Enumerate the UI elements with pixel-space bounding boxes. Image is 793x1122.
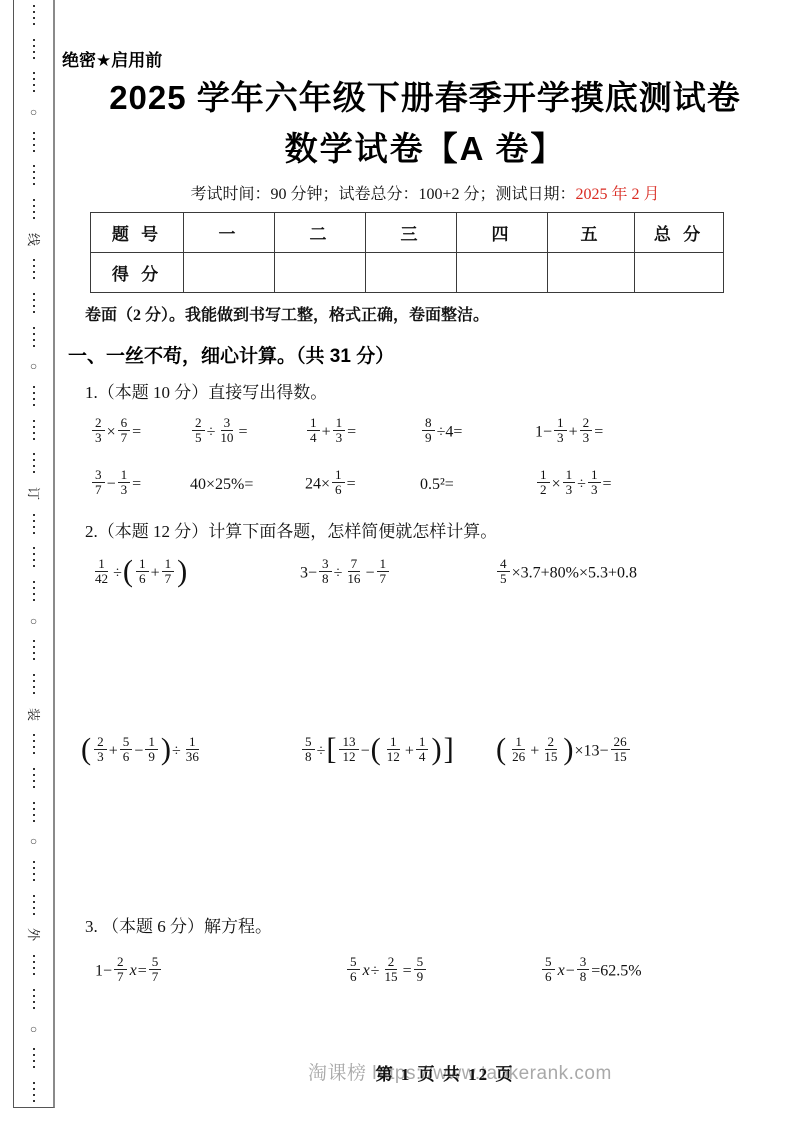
dotted-line-segment [33,895,35,915]
math-expression: 1−27x=57 [95,957,345,987]
paper-title-line1: 2025 学年六年级下册春季开学摸底测试卷 [57,77,793,120]
dotted-line-segment [33,514,35,534]
math-expression: (126+215)×13−2615 [495,737,793,767]
section1-heading: 一、一丝不苟，细心计算。（共 31 分） [68,341,793,368]
problem3-equation-row: 1−27x=57 56x÷215=59 56x−38=62.5% [57,949,793,995]
binding-circle-mark: ○ [30,615,37,627]
binding-line-character: 线 [27,233,40,246]
dotted-line-segment [33,861,35,881]
score-table-header-cell: 三 [366,212,457,252]
problem1-label: 1.（本题 10 分）直接写出得数。 [85,378,793,403]
problem1-expression-row2: 37−13= 40×25%= 24×16= 0.5²= 12×13÷13= [57,463,793,507]
dotted-line-segment [33,581,35,601]
binding-circle-mark: ○ [30,835,37,847]
score-table-header-cell: 总 分 [635,212,724,252]
math-expression: (23+56−19)÷136 [80,737,300,767]
score-blank-cell [457,252,548,292]
binding-line-character: 订 [27,487,40,500]
dotted-line-segment [33,39,35,59]
score-table-score-row: 得 分 [91,252,724,292]
dotted-line-segment [33,547,35,567]
binding-circle-mark: ○ [30,106,37,118]
dotted-line-segment [33,1048,35,1068]
score-table-header-cell: 题 号 [91,212,184,252]
math-expression: 12×13÷13= [535,470,793,500]
paper-title-line2: 数学试卷【A 卷】 [57,128,793,171]
dotted-line-segment [33,802,35,822]
paper-content: 绝密★启用前 2025 学年六年级下册春季开学摸底测试卷 数学试卷【A 卷】 考… [57,0,793,995]
math-expression: 3−38÷716−17 [300,559,495,589]
exam-info-prefix: 考试时间：90 分钟；试卷总分：100+2 分；测试日期： [190,186,575,203]
binding-line-character: 装 [27,708,40,721]
math-expression: 37−13= [90,470,190,500]
math-expression: 24×16= [305,470,420,500]
problem2-expression-row1: 142÷(16+17) 3−38÷716−17 45×3.7+80%×5.3+0… [57,548,793,600]
score-blank-cell [184,252,275,292]
score-table-header-cell: 四 [457,212,548,252]
score-row-label: 得 分 [91,252,184,292]
problem3-label: 3. （本题 6 分）解方程。 [85,912,793,937]
math-expression: 45×3.7+80%×5.3+0.8 [495,559,793,589]
math-expression: 25÷310= [190,418,305,448]
dotted-line-segment [33,768,35,788]
dotted-line-segment [33,1082,35,1102]
page-number-info: 第 1 页 共 12 页 [376,1060,515,1085]
math-expression: 40×25%= [190,476,305,494]
math-expression: 14+13= [305,418,420,448]
dotted-line-segment [33,72,35,92]
dotted-line-segment [33,199,35,219]
problem2-expression-row2: (23+56−19)÷136 58÷[1312−(112+14)] (126+2… [57,726,793,778]
math-expression: 1−13+23= [535,418,793,448]
dotted-line-segment [33,453,35,473]
exam-paper-page: ○线○订○装○外○ 绝密★启用前 2025 学年六年级下册春季开学摸底测试卷 数… [0,0,793,1122]
dotted-line-segment [33,420,35,440]
dotted-line-segment [33,640,35,660]
dotted-line-segment [33,259,35,279]
dotted-line-segment [33,327,35,347]
score-table-header-cell: 一 [184,212,275,252]
math-expression: 56x−38=62.5% [540,957,793,987]
score-table-header-cell: 五 [548,212,635,252]
problem2-label: 2.（本题 12 分）计算下面各题，怎样简便就怎样计算。 [85,517,793,542]
dotted-line-segment [33,674,35,694]
score-blank-cell [275,252,366,292]
math-expression: 89÷4= [420,418,535,448]
math-expression: 23×67= [90,418,190,448]
exam-info-line: 考试时间：90 分钟；试卷总分：100+2 分；测试日期：2025 年 2 月 [57,181,793,204]
neatness-note: 卷面（2 分）。我能做到书写工整，格式正确，卷面整洁。 [85,302,793,325]
score-blank-cell [635,252,724,292]
dotted-line-segment [33,989,35,1009]
binding-circle-mark: ○ [30,1023,37,1035]
exam-date: 2025 年 2 月 [576,186,660,203]
math-expression: 56x÷215=59 [345,957,540,987]
binding-strip-sequence: ○线○订○装○外○ [14,0,53,1107]
math-expression: 0.5²= [420,476,535,494]
score-blank-cell [366,252,457,292]
dotted-line-segment [33,132,35,152]
score-table: 题 号 一 二 三 四 五 总 分 得 分 [90,212,724,293]
math-expression: 142÷(16+17) [90,559,300,589]
problem1-expression-row1: 23×67= 25÷310= 14+13= 89÷4= 1−13+23= [57,411,793,455]
score-table-header-row: 题 号 一 二 三 四 五 总 分 [91,212,724,252]
binding-line-character: 外 [27,928,40,941]
score-table-header-cell: 二 [275,212,366,252]
dotted-line-segment [33,293,35,313]
dotted-line-segment [33,165,35,185]
security-label: 绝密★启用前 [62,46,793,71]
dotted-line-segment [33,5,35,25]
score-blank-cell [548,252,635,292]
dotted-line-segment [33,734,35,754]
binding-circle-mark: ○ [30,360,37,372]
math-expression: 58÷[1312−(112+14)] [300,737,495,767]
dotted-line-segment [33,386,35,406]
binding-margin-strip: ○线○订○装○外○ [13,0,55,1108]
dotted-line-segment [33,955,35,975]
